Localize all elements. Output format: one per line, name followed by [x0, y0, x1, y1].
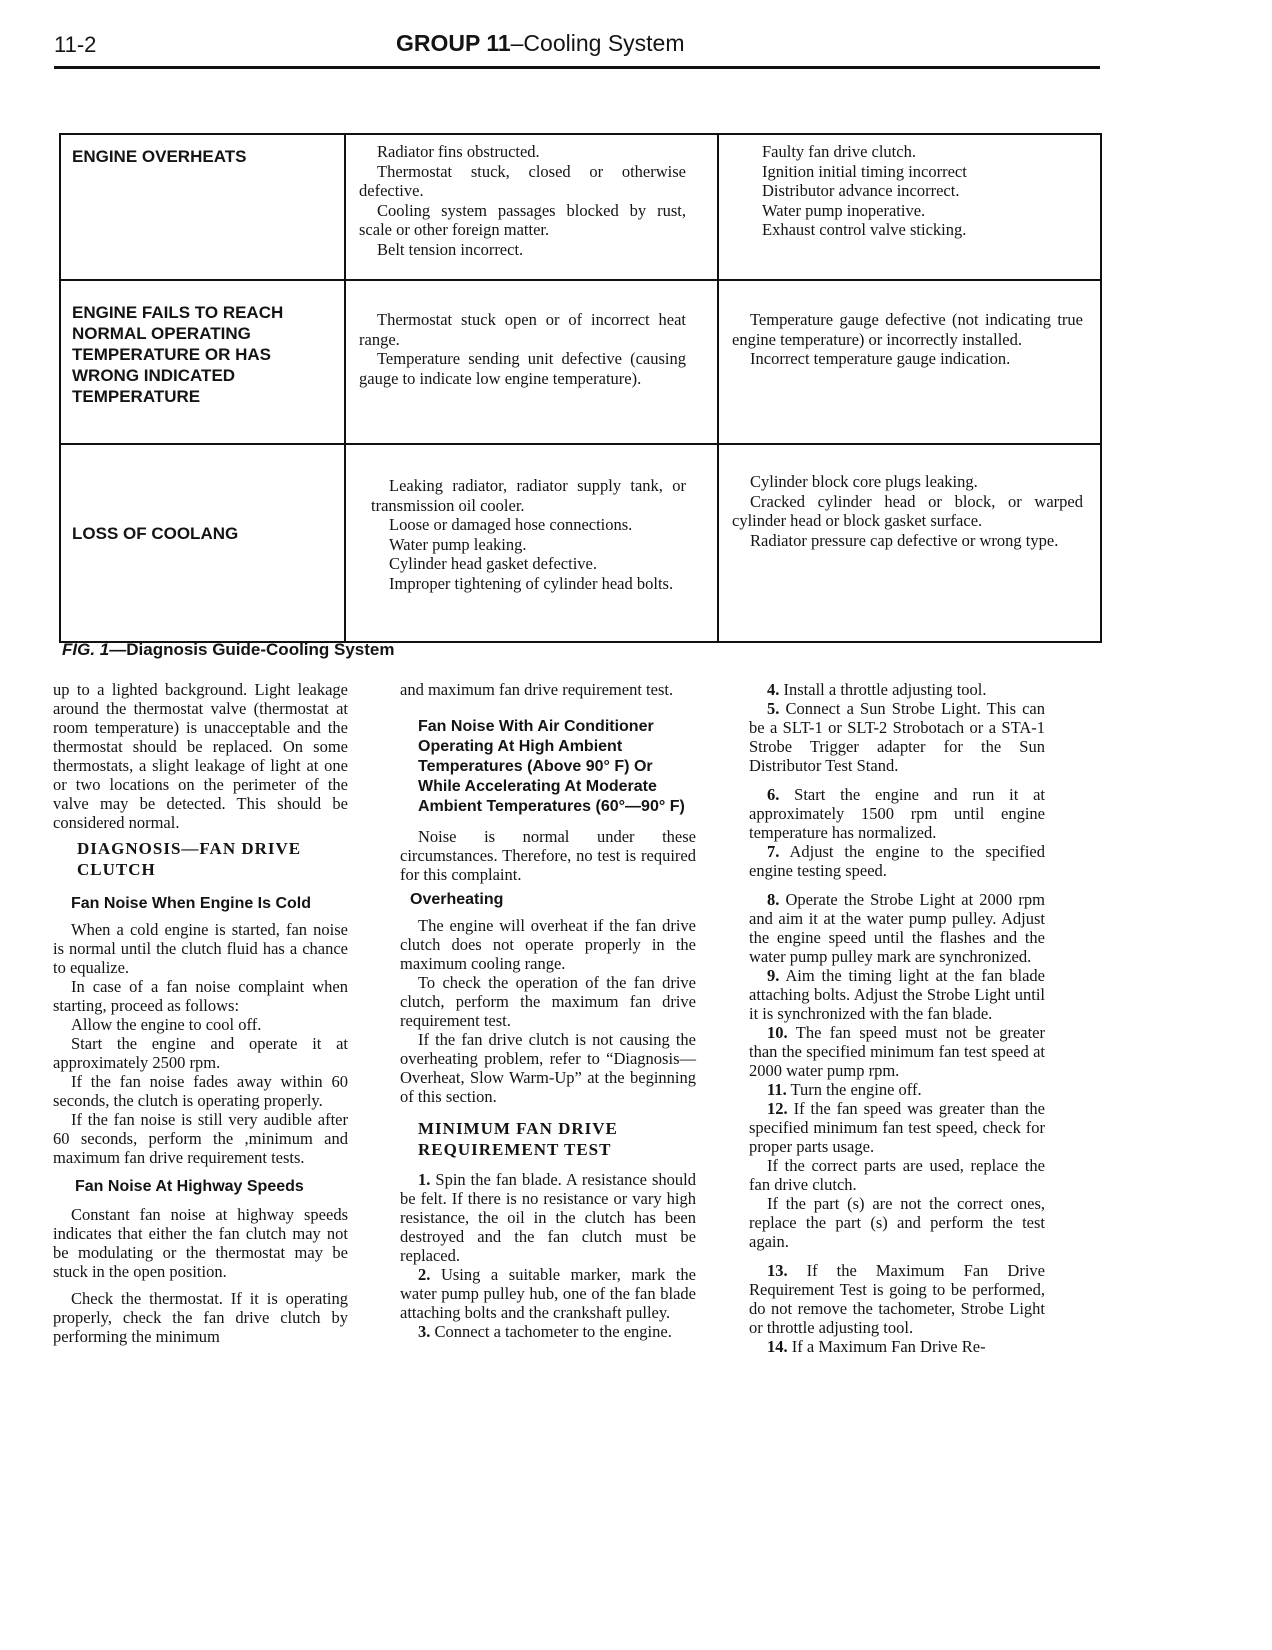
cause-item: Exhaust control valve sticking.	[744, 220, 1069, 240]
condition-label: LOSS OF COOLANG	[62, 523, 343, 564]
causes-cell: Radiator fins obstructed. Thermostat stu…	[345, 134, 718, 280]
paragraph: If the fan noise is still very audible a…	[53, 1110, 348, 1167]
figure-text: —Diagnosis Guide-Cooling System	[109, 640, 394, 659]
paragraph: up to a lighted background. Light leakag…	[53, 680, 348, 832]
step-text: If a Maximum Fan Drive Re-	[792, 1337, 986, 1356]
cause-item: Cylinder head gasket defective.	[371, 554, 686, 574]
paragraph: If the fan drive clutch is not causing t…	[400, 1030, 696, 1106]
condition-label: ENGINE FAILS TO REACH NORMAL OPERATING T…	[62, 282, 302, 407]
step-paragraph: 8. Operate the Strobe Light at 2000 rpm …	[749, 890, 1045, 966]
step-paragraph: 6. Start the engine and run it at approx…	[749, 785, 1045, 842]
step-number: 2.	[418, 1265, 430, 1284]
step-number: 4.	[767, 680, 779, 699]
cause-item: Cooling system passages blocked by rust,…	[359, 201, 686, 240]
step-text: Spin the fan blade. A resistance should …	[400, 1170, 696, 1265]
step-paragraph: 4. Install a throttle adjusting tool.	[749, 680, 1045, 699]
causes-cell: Thermostat stuck open or of incorrect he…	[345, 280, 718, 444]
step-number: 5.	[767, 699, 779, 718]
header-rule	[54, 66, 1100, 69]
step-paragraph: 13. If the Maximum Fan Drive Requirement…	[749, 1261, 1045, 1337]
cause-item: Leaking radiator, radiator supply tank, …	[371, 476, 686, 515]
condition-cell: LOSS OF COOLANG	[60, 444, 345, 642]
step-text: If the fan speed was greater than the sp…	[749, 1099, 1045, 1156]
cause-item: Distributor advance incorrect.	[744, 181, 1069, 201]
step-text: Start the engine and run it at approxima…	[749, 785, 1045, 842]
cause-item: Thermostat stuck, closed or otherwise de…	[359, 162, 686, 201]
step-number: 8.	[767, 890, 779, 909]
step-number: 10.	[767, 1023, 788, 1042]
cause-item: Cylinder block core plugs leaking.	[732, 472, 1083, 492]
step-number: 3.	[418, 1322, 430, 1341]
step-number: 6.	[767, 785, 779, 804]
step-number: 11.	[767, 1080, 787, 1099]
step-text: Install a throttle adjusting tool.	[784, 680, 987, 699]
cause-item: Temperature gauge defective (not indicat…	[732, 310, 1083, 349]
group-title-bold: GROUP 11	[396, 30, 511, 56]
paragraph: Noise is normal under these circumstance…	[400, 827, 696, 884]
subsection-heading: Overheating	[400, 890, 696, 910]
step-paragraph: 3. Connect a tachometer to the engine.	[400, 1322, 696, 1341]
step-paragraph: 1. Spin the fan blade. A resistance shou…	[400, 1170, 696, 1265]
step-text: Operate the Strobe Light at 2000 rpm and…	[749, 890, 1045, 966]
cause-item: Thermostat stuck open or of incorrect he…	[359, 310, 686, 349]
table-row: ENGINE FAILS TO REACH NORMAL OPERATING T…	[60, 280, 1101, 444]
step-number: 14.	[767, 1337, 788, 1356]
step-paragraph: 10. The fan speed must not be greater th…	[749, 1023, 1045, 1080]
step-text: The fan speed must not be greater than t…	[749, 1023, 1045, 1080]
paragraph: Check the thermostat. If it is operating…	[53, 1289, 348, 1346]
text-column-right: 4. Install a throttle adjusting tool. 5.…	[749, 680, 1045, 1356]
subsection-heading: Fan Noise When Engine Is Cold	[53, 894, 348, 914]
paragraph: The engine will overheat if the fan driv…	[400, 916, 696, 973]
page-number: 11-2	[54, 32, 96, 58]
figure-caption: FIG. 1—Diagnosis Guide-Cooling System	[62, 640, 395, 660]
condition-label: ENGINE OVERHEATS	[62, 136, 343, 167]
cause-item: Cracked cylinder head or block, or warpe…	[732, 492, 1083, 531]
text-column-left: up to a lighted background. Light leakag…	[53, 680, 348, 1346]
diagnosis-guide-table: ENGINE OVERHEATS Radiator fins obstructe…	[59, 133, 1102, 643]
step-number: 1.	[418, 1170, 430, 1189]
cause-item: Belt tension incorrect.	[359, 240, 686, 260]
group-title-rest: –Cooling System	[511, 30, 685, 56]
step-paragraph: 5. Connect a Sun Strobe Light. This can …	[749, 699, 1045, 775]
causes-cell: Leaking radiator, radiator supply tank, …	[345, 444, 718, 642]
table-row: ENGINE OVERHEATS Radiator fins obstructe…	[60, 134, 1101, 280]
paragraph: and maximum fan drive requirement test.	[400, 680, 696, 699]
paragraph: Allow the engine to cool off.	[53, 1015, 348, 1034]
causes-cell: Temperature gauge defective (not indicat…	[718, 280, 1101, 444]
step-number: 12.	[767, 1099, 788, 1118]
group-title: GROUP 11–Cooling System	[396, 30, 685, 57]
step-text: Connect a tachometer to the engine.	[435, 1322, 672, 1341]
paragraph: When a cold engine is started, fan noise…	[53, 920, 348, 977]
condition-cell: ENGINE OVERHEATS	[60, 134, 345, 280]
subsection-heading: Fan Noise With Air Conditioner Operating…	[400, 717, 688, 817]
cause-item: Loose or damaged hose connections.	[371, 515, 686, 535]
paragraph: If the part (s) are not the correct ones…	[749, 1194, 1045, 1251]
paragraph: If the correct parts are used, replace t…	[749, 1156, 1045, 1194]
cause-item: Radiator fins obstructed.	[359, 142, 686, 162]
section-heading: DIAGNOSIS—FAN DRIVE CLUTCH	[53, 838, 348, 880]
paragraph: Constant fan noise at highway speeds ind…	[53, 1205, 348, 1281]
step-paragraph: 14. If a Maximum Fan Drive Re-	[749, 1337, 1045, 1356]
cause-item: Ignition initial timing incorrect	[744, 162, 1069, 182]
causes-cell: Cylinder block core plugs leaking. Crack…	[718, 444, 1101, 642]
causes-cell: Faulty fan drive clutch. Ignition initia…	[718, 134, 1101, 280]
cause-item: Water pump inoperative.	[744, 201, 1069, 221]
step-text: Connect a Sun Strobe Light. This can be …	[749, 699, 1045, 775]
step-paragraph: 9. Aim the timing light at the fan blade…	[749, 966, 1045, 1023]
cause-item: Improper tightening of cylinder head bol…	[371, 574, 686, 594]
step-paragraph: 7. Adjust the engine to the specified en…	[749, 842, 1045, 880]
step-number: 13.	[767, 1261, 788, 1280]
step-paragraph: 11. Turn the engine off.	[749, 1080, 1045, 1099]
section-heading: MINIMUM FAN DRIVE REQUIREMENT TEST	[400, 1118, 696, 1160]
step-text: Adjust the engine to the specified engin…	[749, 842, 1045, 880]
paragraph: If the fan noise fades away within 60 se…	[53, 1072, 348, 1110]
cause-item: Faulty fan drive clutch.	[744, 142, 1069, 162]
text-column-middle: and maximum fan drive requirement test. …	[400, 680, 696, 1341]
page-header: 11-2 GROUP 11–Cooling System	[54, 26, 1100, 70]
cause-item: Incorrect temperature gauge indication.	[732, 349, 1083, 369]
cause-item: Temperature sending unit defective (caus…	[359, 349, 686, 388]
subsection-heading: Fan Noise At Highway Speeds	[53, 1177, 348, 1197]
step-number: 7.	[767, 842, 779, 861]
paragraph: In case of a fan noise complaint when st…	[53, 977, 348, 1015]
step-text: Aim the timing light at the fan blade at…	[749, 966, 1045, 1023]
table-row: LOSS OF COOLANG Leaking radiator, radiat…	[60, 444, 1101, 642]
paragraph: Start the engine and operate it at appro…	[53, 1034, 348, 1072]
cause-item: Radiator pressure cap defective or wrong…	[732, 531, 1083, 551]
cause-item: Water pump leaking.	[371, 535, 686, 555]
condition-cell: ENGINE FAILS TO REACH NORMAL OPERATING T…	[60, 280, 345, 444]
step-text: If the Maximum Fan Drive Requirement Tes…	[749, 1261, 1045, 1337]
step-paragraph: 2. Using a suitable marker, mark the wat…	[400, 1265, 696, 1322]
step-number: 9.	[767, 966, 779, 985]
step-paragraph: 12. If the fan speed was greater than th…	[749, 1099, 1045, 1156]
step-text: Using a suitable marker, mark the water …	[400, 1265, 696, 1322]
step-text: Turn the engine off.	[791, 1080, 922, 1099]
paragraph: To check the operation of the fan drive …	[400, 973, 696, 1030]
figure-label: FIG. 1	[62, 640, 109, 659]
